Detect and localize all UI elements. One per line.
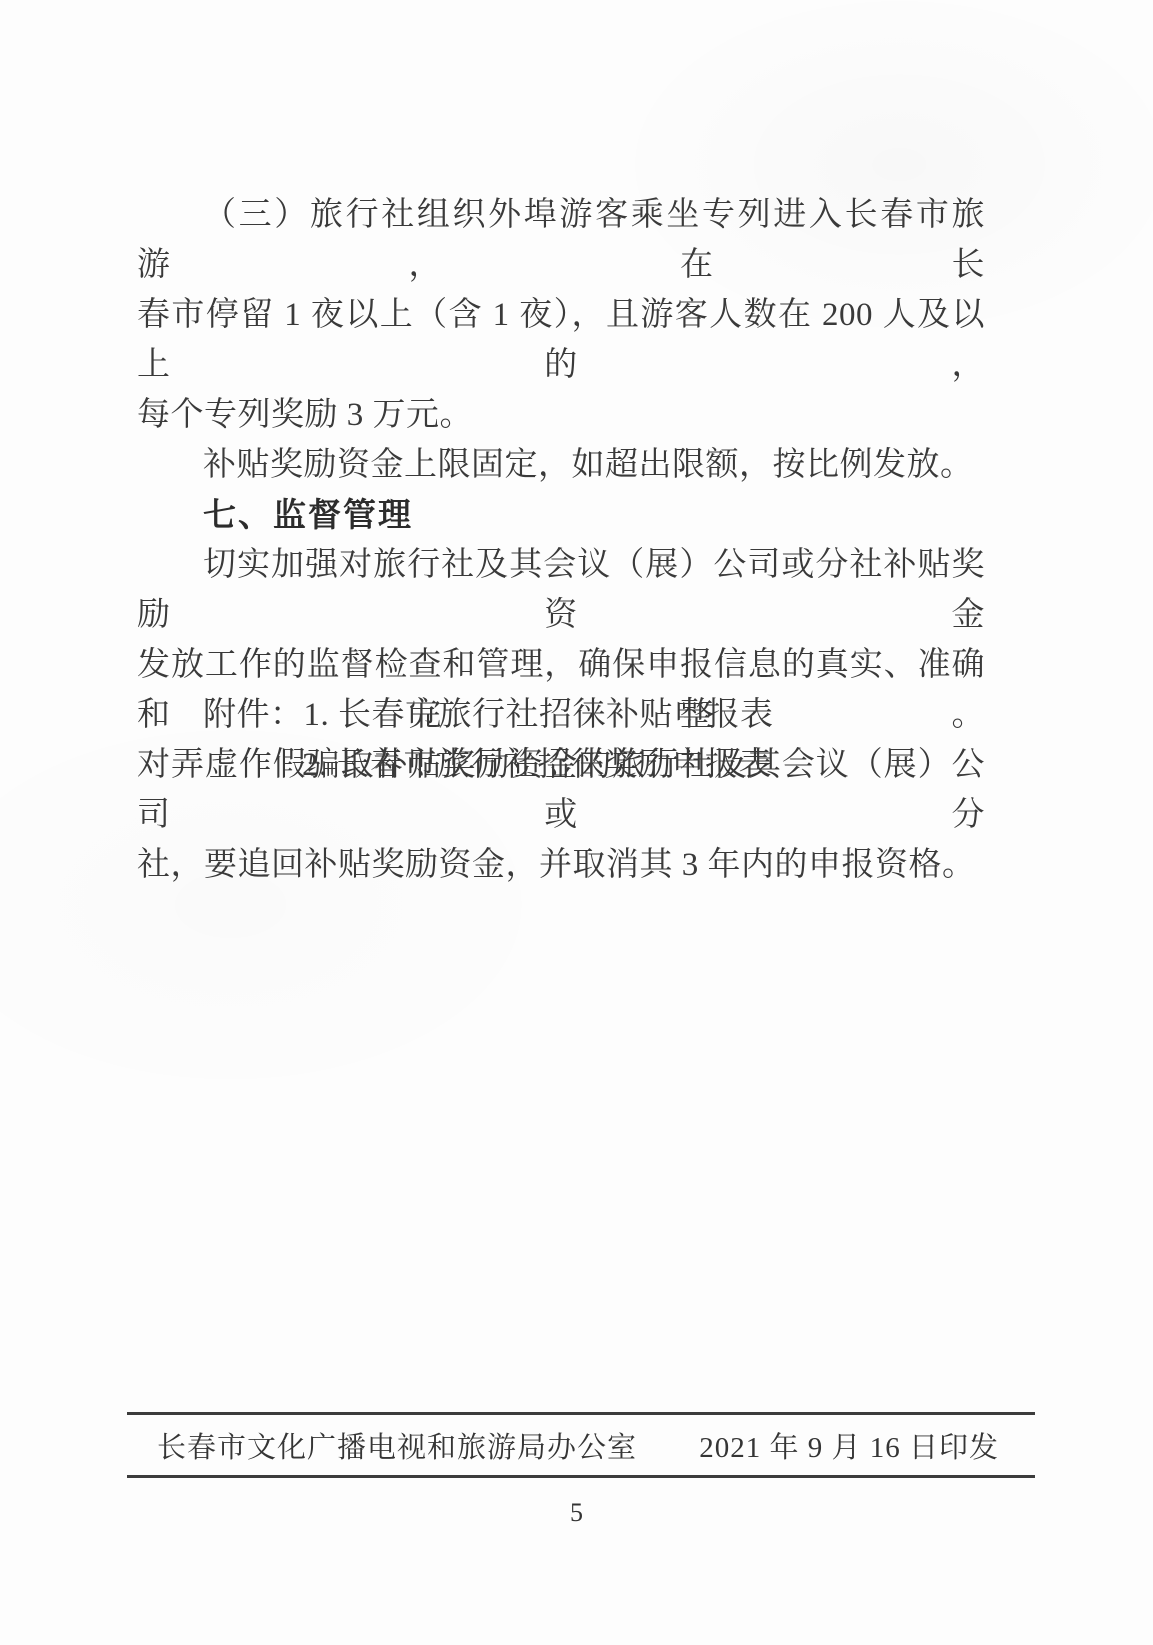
attachments-label: 附件：	[203, 697, 304, 733]
paragraph-line: 补贴奖励资金上限固定，如超出限额，按比例发放。	[137, 440, 985, 490]
section-heading: 七、监督管理	[137, 490, 985, 540]
attachment-line: 2. 长春市旅行社招徕奖励申报表	[137, 740, 985, 790]
paragraph-line: 春市停留 1 夜以上（含 1 夜），且游客人数在 200 人及以上的，	[137, 290, 985, 390]
print-date: 2021 年 9 月 16 日印发	[699, 1425, 999, 1466]
paragraph-line: 切实加强对旅行社及其会议（展）公司或分社补贴奖励资金	[137, 540, 985, 640]
paragraph-line: （三）旅行社组织外埠游客乘坐专列进入长春市旅游，在长	[137, 190, 985, 290]
page-number: 5	[0, 1498, 1153, 1528]
document-page: （三）旅行社组织外埠游客乘坐专列进入长春市旅游，在长 春市停留 1 夜以上（含 …	[0, 0, 1153, 1645]
issuing-office: 长春市文化广播电视和旅游局办公室	[157, 1425, 637, 1466]
attachment-item: 1. 长春市旅行社招徕补贴申报表	[304, 697, 774, 733]
paragraph-line: 每个专列奖励 3 万元。	[137, 390, 985, 440]
attachment-line: 附件：1. 长春市旅行社招徕补贴申报表	[137, 690, 985, 740]
attachments-section: 附件：1. 长春市旅行社招徕补贴申报表 2. 长春市旅行社招徕奖励申报表	[137, 690, 985, 790]
document-footer: 长春市文化广播电视和旅游局办公室 2021 年 9 月 16 日印发	[127, 1412, 1035, 1478]
attachment-item: 2. 长春市旅行社招徕奖励申报表	[302, 747, 772, 783]
paragraph-line: 社，要追回补贴奖励资金，并取消其 3 年内的申报资格。	[137, 840, 985, 890]
